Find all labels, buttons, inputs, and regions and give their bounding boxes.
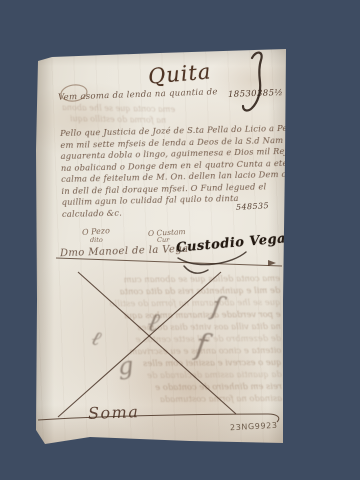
- ink-flourish: [243, 53, 262, 111]
- cancellation-x-line: [78, 272, 236, 414]
- horizontal-rule: [56, 258, 282, 266]
- rule-arrowhead: [268, 260, 276, 266]
- header-flourish: [60, 83, 88, 102]
- manuscript-photo: Quita Vem asoma da lenda na quantia de 1…: [0, 0, 360, 480]
- signature-swash: [178, 252, 246, 273]
- manuscript-paper: Quita Vem asoma da lenda na quantia de 1…: [0, 0, 360, 480]
- margin-note: Rdo: [14, 163, 32, 178]
- cancellation-x-line: [58, 272, 221, 417]
- ink-line-overlay: [0, 0, 360, 480]
- bottom-rule: [38, 414, 279, 422]
